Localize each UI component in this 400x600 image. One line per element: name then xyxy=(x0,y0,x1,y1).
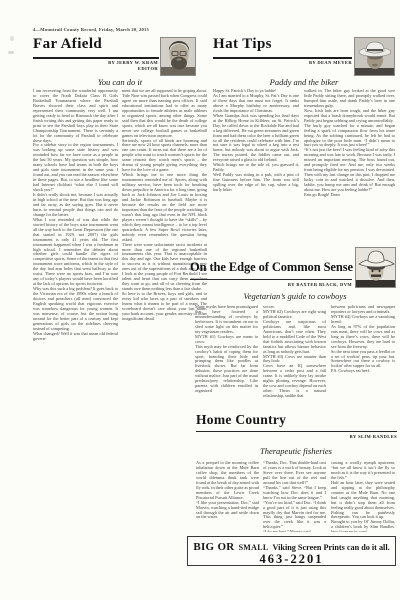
common-sense-column-2: soccer. MYTH #2) Cowboys are right wing … xyxy=(263,305,326,412)
hat-tips-title: Hat Tips xyxy=(213,36,272,53)
home-country-headline: Therapeutic fisheries xyxy=(196,446,396,456)
hat-tips-column-1: Happy St. Patrick’s Day to ya laddie! As… xyxy=(213,89,299,252)
far-afield-title: Far Afield xyxy=(33,36,102,53)
cowboy-hat-man-headshot-icon xyxy=(355,38,395,76)
far-afield-rule xyxy=(33,57,159,59)
far-afield-columnist-photo xyxy=(160,37,196,76)
scan-artifact xyxy=(8,51,14,54)
ad-phone-number: 463-2201 xyxy=(188,553,395,566)
far-afield-byline: BY JERRY W. KRAM EDITOR xyxy=(58,60,158,71)
scan-artifact xyxy=(10,36,14,41)
common-sense-headline: Vegetarian’s guide to cowboys xyxy=(195,291,395,301)
page-folio: 4—Mountrail County Record, Friday, March… xyxy=(33,27,253,32)
ad-text-big: BIG OR xyxy=(193,541,234,553)
bearded-man-headshot-icon xyxy=(161,38,196,76)
common-sense-columnist-photo xyxy=(355,247,396,288)
common-sense-title: On the Edge of Common Sense xyxy=(190,260,356,275)
common-sense-column-3: between politicians and newspaper report… xyxy=(331,305,395,412)
hat-tips-headline: Paddy and the biker xyxy=(213,77,395,87)
home-country-rule xyxy=(196,431,397,432)
common-sense-byline: BY BAXTER BLACK, DVM xyxy=(240,282,352,288)
home-country-column-1: As a prequel to the morning coffee inhal… xyxy=(196,461,259,532)
ad-text-small: SMALL xyxy=(239,543,269,552)
viking-screen-prints-ad: BIG OR SMALL Viking Screen Prints can do… xyxy=(187,536,396,566)
far-afield-column-1: I am recovering from the wonderful oppor… xyxy=(33,89,118,553)
ad-text-rest: Viking Screen Prints can do it all. xyxy=(273,543,390,552)
hat-tips-rule xyxy=(213,57,352,59)
hat-tips-columnist-photo xyxy=(354,37,395,76)
common-sense-rule xyxy=(190,279,352,280)
far-afield-byline-name: BY JERRY W. KRAM xyxy=(108,60,158,65)
home-country-column-3: casting a woolly nymph upstream, “but we… xyxy=(331,461,395,532)
home-country-title: Home Country xyxy=(196,412,286,428)
common-sense-column-1: Many myths have been promulgated that ha… xyxy=(195,305,258,412)
far-afield-headline: You can do it xyxy=(33,77,207,87)
home-country-byline: BY SLIM RANDLES xyxy=(290,434,397,440)
hat-tips-column-2: walked in. The biker guy looked at the g… xyxy=(304,89,395,252)
home-country-column-2: “Thanks, Doc. That double-haul cast of y… xyxy=(263,461,326,532)
newspaper-page: 4—Mountrail County Record, Friday, March… xyxy=(0,0,400,600)
far-afield-byline-role: EDITOR xyxy=(138,66,158,71)
hat-tips-byline: BY DEAN MEYER xyxy=(252,60,352,66)
cowboy-sketch-headshot-icon xyxy=(356,248,396,288)
